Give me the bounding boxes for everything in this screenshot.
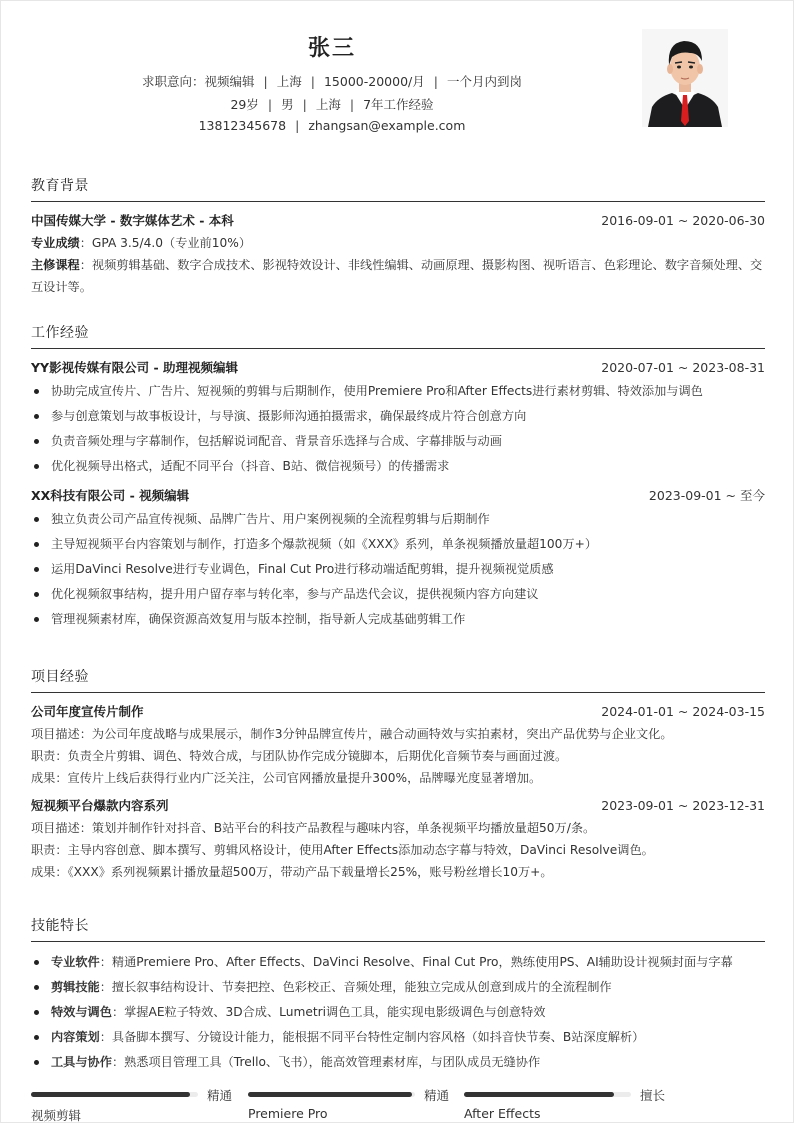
school-degree: 中国传媒大学 - 数字媒体艺术 - 本科 [31,210,234,232]
skill-label: 工具与协作 [51,1055,112,1069]
list-item: 主导短视频平台内容策划与制作，打造多个爆款视频（如《XXX》系列，单条视频播放量… [31,532,765,557]
personal-info-line: 29岁|男|上海|7年工作经验 [1,95,663,113]
skill-text: ：掌握AE粒子特效、3D合成、Lumetri调色工具，能实现电影级调色与创意特效 [112,1005,545,1019]
job-bullets: 协助完成宣传片、广告片、短视频的剪辑与后期制作，使用Premiere Pro和A… [31,379,765,479]
project-header: 短视频平台爆款内容系列 2023-09-01 ~ 2023-12-31 [31,795,765,817]
experience-years: 7年工作经验 [363,97,433,112]
list-item: 参与创意策划与故事板设计，与导演、摄影师沟通拍摄需求，确保最终成片符合创意方向 [31,404,765,429]
section-title-education: 教育背景 [31,175,765,202]
gpa-line: 专业成绩：GPA 3.5/4.0（专业前10%） [31,232,765,254]
section-title-projects: 项目经验 [31,666,765,693]
skill-name: After Effects [464,1106,540,1121]
email[interactable]: zhangsan@example.com [308,118,465,133]
separator: | [434,74,438,89]
progress-fill [464,1092,614,1097]
skill-bars: 精通 视频剪辑 精通 Premiere Pro 擅长 After Effects [31,1087,711,1123]
work-section: 工作经验 YY影视传媒有限公司 - 助理视频编辑 2020-07-01 ~ 20… [31,322,765,632]
progress-track [248,1092,415,1097]
skill-name: 视频剪辑 [31,1106,81,1123]
contact-line: 13812345678|zhangsan@example.com [1,118,663,133]
job-intent: 求职意向：视频编辑 [142,74,255,89]
list-item: 协助完成宣传片、广告片、短视频的剪辑与后期制作，使用Premiere Pro和A… [31,379,765,404]
separator: | [295,118,299,133]
progress-track [31,1092,198,1097]
gpa-label: 专业成绩 [31,236,80,250]
candidate-name: 张三 [1,31,663,62]
separator: | [303,97,307,112]
skill-name: Premiere Pro [248,1106,328,1121]
project-header: 公司年度宣传片制作 2024-01-01 ~ 2024-03-15 [31,701,765,723]
project-duties: 职责：主导内容创意、脚本撰写、剪辑风格设计，使用After Effects添加动… [31,839,765,861]
job-dates: 2020-07-01 ~ 2023-08-31 [601,357,765,379]
separator: | [350,97,354,112]
list-item: 管理视频素材库，确保资源高效复用与版本控制，指导新人完成基础剪辑工作 [31,607,765,632]
skill-label: 特效与调色 [51,1005,112,1019]
job-title: YY影视传媒有限公司 - 助理视频编辑 [31,357,238,379]
skills-list: 专业软件：精通Premiere Pro、After Effects、DaVinc… [31,950,765,1075]
skill-text: ：具备脚本撰写、分镜设计能力，能根据不同平台特性定制内容风格（如抖音快节奏、B站… [100,1030,645,1044]
education-section: 教育背景 中国传媒大学 - 数字媒体艺术 - 本科 2016-09-01 ~ 2… [31,175,765,298]
list-item: 优化视频叙事结构，提升用户留存率与转化率，参与产品迭代会议，提供视频内容方向建议 [31,582,765,607]
job-header: XX科技有限公司 - 视频编辑 2023-09-01 ~ 至今 [31,485,765,507]
gpa-value: ：GPA 3.5/4.0（专业前10%） [80,236,251,250]
intent-availability: 一个月内到岗 [447,74,522,89]
list-item: 运用DaVinci Resolve进行专业调色，Final Cut Pro进行移… [31,557,765,582]
section-title-skills: 技能特长 [31,915,765,942]
skill-level: 精通 [424,1086,449,1104]
project-title: 公司年度宣传片制作 [31,701,144,723]
project-description: 项目描述：策划并制作针对抖音、B站平台的科技产品教程与趣味内容，单条视频平均播放… [31,817,765,839]
list-item: 独立负责公司产品宣传视频、品牌广告片、用户案例视频的全流程剪辑与后期制作 [31,507,765,532]
portrait-icon [642,29,728,127]
list-item: 负责音频处理与字幕制作，包括解说词配音、背景音乐选择与合成、字幕排版与动画 [31,429,765,454]
project-title: 短视频平台爆款内容系列 [31,795,169,817]
project-dates: 2023-09-01 ~ 2023-12-31 [601,795,765,817]
progress-track [464,1092,631,1097]
project-description: 项目描述：为公司年度战略与成果展示，制作3分钟品牌宣传片，融合动画特效与实拍素材… [31,723,765,745]
education-dates: 2016-09-01 ~ 2020-06-30 [601,210,765,232]
resume-header: 张三 求职意向：视频编辑|上海|15000-20000/月|一个月内到岗 29岁… [1,1,793,151]
project-dates: 2024-01-01 ~ 2024-03-15 [601,701,765,723]
intent-salary: 15000-20000/月 [324,74,425,89]
project-duties: 职责：负责全片剪辑、调色、特效合成，与团队协作完成分镜脚本，后期优化音频节奏与画… [31,745,765,767]
avatar [642,29,728,127]
job-title: XX科技有限公司 - 视频编辑 [31,485,189,507]
skill-label: 专业软件 [51,955,100,969]
skill-text: ：擅长叙事结构设计、节奏把控、色彩校正、音频处理，能独立完成从创意到成片的全流程… [100,980,612,994]
separator: | [311,74,315,89]
list-item: 剪辑技能：擅长叙事结构设计、节奏把控、色彩校正、音频处理，能独立完成从创意到成片… [31,975,765,1000]
skill-level: 擅长 [640,1086,665,1104]
courses-value: ：视频剪辑基础、数字合成技术、影视特效设计、非线性编辑、动画原理、摄影构图、视听… [31,258,762,294]
list-item: 内容策划：具备脚本撰写、分镜设计能力，能根据不同平台特性定制内容风格（如抖音快节… [31,1025,765,1050]
skill-label: 内容策划 [51,1030,100,1044]
progress-fill [31,1092,190,1097]
separator: | [264,74,268,89]
progress-fill [248,1092,412,1097]
list-item: 专业软件：精通Premiere Pro、After Effects、DaVinc… [31,950,765,975]
list-item: 特效与调色：掌握AE粒子特效、3D合成、Lumetri调色工具，能实现电影级调色… [31,1000,765,1025]
section-title-work: 工作经验 [31,322,765,349]
skill-text: ：熟悉项目管理工具（Trello、飞书），能高效管理素材库，与团队成员无缝协作 [112,1055,540,1069]
education-entry-header: 中国传媒大学 - 数字媒体艺术 - 本科 2016-09-01 ~ 2020-0… [31,210,765,232]
skill-text: ：精通Premiere Pro、After Effects、DaVinci Re… [100,955,733,969]
list-item: 工具与协作：熟悉项目管理工具（Trello、飞书），能高效管理素材库，与团队成员… [31,1050,765,1075]
gender: 男 [281,97,294,112]
job-intent-line: 求职意向：视频编辑|上海|15000-20000/月|一个月内到岗 [1,72,663,90]
skills-section: 技能特长 专业软件：精通Premiere Pro、After Effects、D… [31,915,765,1075]
skill-label: 剪辑技能 [51,980,100,994]
job-header: YY影视传媒有限公司 - 助理视频编辑 2020-07-01 ~ 2023-08… [31,357,765,379]
project-results: 成果：《XXX》系列视频累计播放量超500万，带动产品下载量增长25%，账号粉丝… [31,861,765,883]
location: 上海 [316,97,341,112]
project-results: 成果：宣传片上线后获得行业内广泛关注，公司官网播放量提升300%，品牌曝光度显著… [31,767,765,789]
job-dates: 2023-09-01 ~ 至今 [649,485,765,507]
age: 29岁 [230,97,258,112]
projects-section: 项目经验 公司年度宣传片制作 2024-01-01 ~ 2024-03-15 项… [31,666,765,883]
courses-label: 主修课程 [31,258,80,272]
courses-line: 主修课程：视频剪辑基础、数字合成技术、影视特效设计、非线性编辑、动画原理、摄影构… [31,254,765,298]
intent-city: 上海 [277,74,302,89]
job-bullets: 独立负责公司产品宣传视频、品牌广告片、用户案例视频的全流程剪辑与后期制作 主导短… [31,507,765,632]
skill-level: 精通 [207,1086,232,1104]
phone: 13812345678 [199,118,286,133]
resume-page: 张三 求职意向：视频编辑|上海|15000-20000/月|一个月内到岗 29岁… [0,0,794,1123]
separator: | [268,97,272,112]
list-item: 优化视频导出格式，适配不同平台（抖音、B站、微信视频号）的传播需求 [31,454,765,479]
